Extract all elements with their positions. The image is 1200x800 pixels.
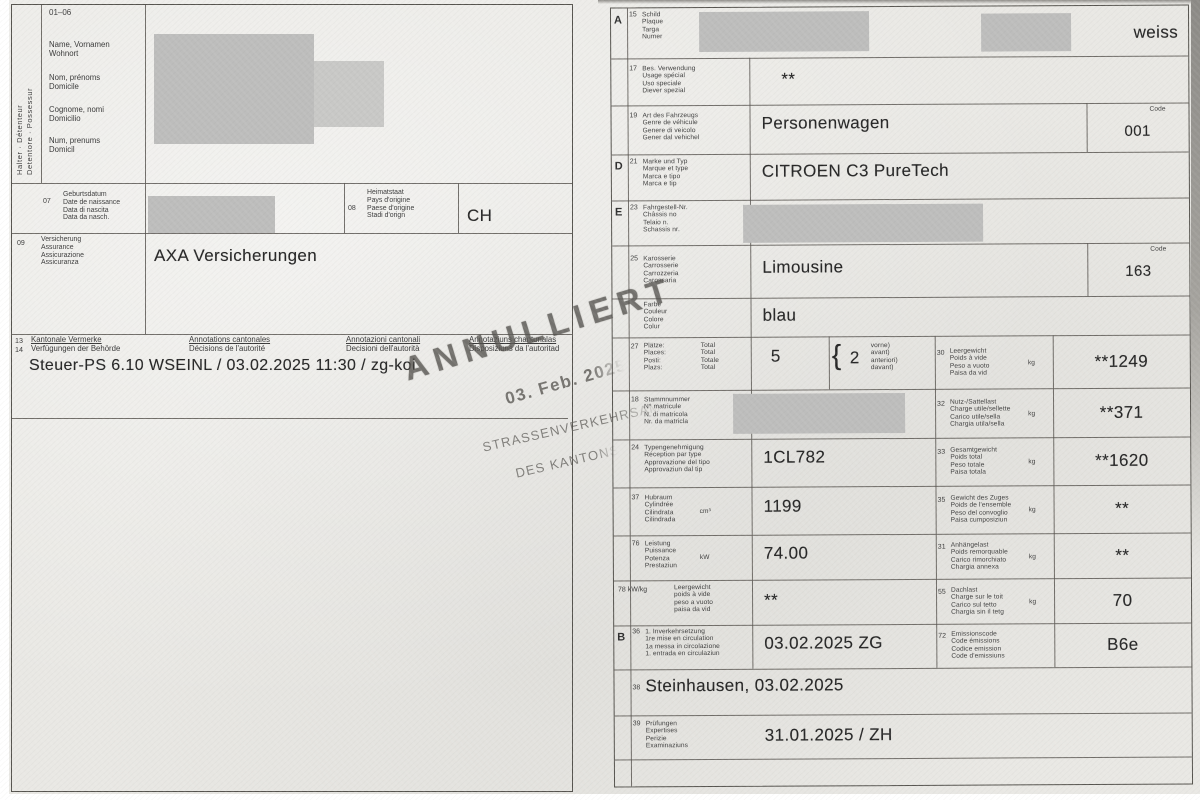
field-35-labels-line: Paisa cumposiziun [951, 516, 1012, 524]
row-line [613, 334, 1190, 338]
field-27-front-labels: vorne)avant)anteriori)davant) [871, 342, 898, 371]
field-25-code-label: Code [1150, 246, 1166, 253]
field-23-labels-line: Schassis nr. [643, 226, 688, 234]
field-08-labels-line: Paese d'origine [367, 205, 414, 213]
seats-brace-glyph: { [832, 339, 842, 371]
column-line [145, 5, 146, 334]
field-37-labels: HubraumCylindréeCilindrataCilindrada [645, 494, 676, 523]
field-15-labels-line: Plaque [642, 19, 663, 26]
field-21-letter: D [615, 160, 623, 172]
row-line [612, 151, 1189, 155]
redaction-box-plate [699, 11, 869, 52]
field-36-labels-line: 1. entrada en circulaziun [645, 650, 720, 658]
field-33-labels: GesamtgewichtPoids totalPeso totalePaisa… [950, 447, 997, 476]
row-line [614, 532, 1191, 536]
field-37-value: 1199 [764, 497, 802, 517]
row-line [614, 622, 1191, 626]
cantonal-annotations-header-0: Kantonale VermerkeVerfügungen der Behörd… [31, 336, 120, 354]
field-25-code-value: 163 [1087, 262, 1189, 280]
field-27-value-front: 2 [850, 348, 860, 368]
field-30-unit: kg [1028, 359, 1035, 366]
field-17-value: ** [781, 70, 795, 90]
field-31-labels: AnhängelastPoids remorquableCarico rimor… [951, 541, 1008, 570]
field-25-labels: KarosserieCarrosserieCarrozzeriaCarossar… [643, 255, 678, 284]
field-23-labels: Fahrgestell-Nr.Châssis noTelaio n.Schass… [643, 204, 688, 233]
holder-label-0: Name, VornamenWohnort [49, 41, 110, 59]
field-32-labels: Nutz-/SattellastCharge utile/selletteCar… [950, 398, 1011, 428]
cantonal-annotations-header-1: Annotations cantonalesDécisions de l'aut… [189, 336, 270, 354]
cantonal-annotations-header-3-line: Disposiziuns da l'autoritad [469, 345, 559, 354]
field-25-labels-line: Carossaria [643, 277, 678, 284]
row-line [612, 197, 1189, 201]
cantonal-annotations-header-1-line: Décisions de l'autorité [189, 345, 270, 354]
field-26-labels: FarbeCouleurColoreColur [644, 301, 668, 330]
field-55-number: 55 [938, 589, 946, 596]
field-35-number: 35 [938, 497, 946, 504]
field-27-number: 27 [631, 343, 639, 350]
row-line [12, 418, 568, 419]
field-19-labels: Art des FahrzeugsGenre de véhiculeGenere… [643, 112, 700, 141]
field-27-labels-total-line: Total [701, 342, 719, 349]
redaction-box-holder-2 [314, 61, 384, 127]
field-39-labels-line: Examinaziuns [646, 742, 688, 750]
field-21-value: CITROEN C3 PureTech [762, 161, 949, 182]
field-24-value: 1CL782 [763, 447, 825, 467]
row-line [613, 387, 1190, 391]
field-30-value: **1249 [1053, 351, 1190, 372]
field-26-labels-line: Colur [644, 323, 668, 330]
field-36-labels: 1. Inverkehrsetzung1re mise en circulati… [645, 628, 720, 658]
cantonal-annotations-header-0-line: Verfügungen der Behörde [31, 345, 120, 354]
row-line [611, 55, 1188, 59]
holder-label-0-line: Wohnort [49, 50, 110, 59]
cantonal-annotations-header-3: Annotaziuns chantunalasDisposiziuns da l… [469, 336, 559, 354]
field-27-front-labels-line: davant) [871, 364, 898, 371]
row-line [614, 666, 1191, 670]
holder-label-1: Nom, prénomsDomicile [49, 74, 100, 92]
field-18-labels-line: Nr. da matricla [644, 418, 690, 426]
redaction-box-chassis [743, 204, 983, 243]
field-33-unit: kg [1028, 458, 1035, 465]
field-24-labels-line: Approvaziun dal tip [644, 466, 710, 474]
field-25-number: 25 [630, 255, 638, 262]
field-27-labels-left-line: Places: [644, 350, 666, 357]
row-line [614, 577, 1191, 581]
column-line [344, 183, 345, 233]
field-72-labels-line: Code d'emissiuns [951, 652, 1004, 660]
row-line [612, 295, 1189, 299]
field-15-labels: SchildPlaqueTargaNumer [642, 11, 663, 40]
field-35-unit: kg [1029, 506, 1036, 513]
row-line [12, 183, 572, 184]
field-19-value: Personenwagen [762, 113, 890, 134]
field-33-value: **1620 [1053, 450, 1190, 471]
plate-color-note: weiss [1134, 23, 1179, 43]
field-23-letter: E [615, 206, 622, 218]
field-36-number: 36 [632, 628, 640, 635]
field-26-value: blau [763, 306, 797, 326]
field-27-labels-total-line: Total [701, 364, 719, 371]
field-09-labels-line: Assicurazione [41, 252, 84, 260]
field-09-labels-line: Versicherung [41, 236, 84, 244]
field-55-labels: DachlastCharge sur le toitCarico sul tet… [951, 586, 1004, 615]
field-32-number: 32 [937, 401, 945, 408]
field-38-number: 38 [633, 684, 641, 691]
field-36-value: 03.02.2025 ZG [764, 633, 883, 654]
field-37-number: 37 [632, 494, 640, 501]
field-17-labels-line: Diever spezial [642, 87, 695, 95]
redaction-box-birthdate [148, 196, 275, 233]
field-07-labels-line: Geburtsdatum [63, 191, 120, 199]
field-27-value-total: 5 [771, 347, 781, 367]
field-07-labels: GeburtsdatumDate de naissanceData di nas… [63, 191, 120, 222]
field-72-value: B6e [1054, 634, 1191, 655]
field-08-labels: HeimatstaatPays d'originePaese d'origine… [367, 189, 414, 220]
field-27-front-labels-line: vorne) [871, 342, 898, 349]
cantonal-annotations-header-2-line: Decisioni dell'autorità [346, 345, 420, 354]
field-37-unit: cm³ [700, 508, 711, 515]
field-27-labels-total-line: Totale [701, 357, 719, 364]
field-27-labels-total-line: Total [701, 349, 719, 356]
field-15-labels-line: Schild [642, 11, 663, 18]
field-18-labels: StammnummerN° matriculeN. di matricolaNr… [644, 396, 690, 425]
redaction-box-holder [154, 34, 314, 144]
field-21-labels: Marke und TypMarque et typeMarca e tipoM… [643, 158, 689, 187]
field-15-labels-line: Numer [642, 33, 663, 40]
field-24-number: 24 [631, 444, 639, 451]
field-27-labels-total: TotalTotalTotaleTotal [701, 342, 719, 371]
field-33-number: 33 [937, 449, 945, 456]
column-line [458, 183, 459, 233]
holder-label-2: Cognome, nomiDomicilio [49, 106, 104, 124]
field-35-value: ** [1054, 498, 1191, 519]
field-27-labels-left-line: Plätze: [644, 342, 666, 349]
field-24-labels: TypengenehmigungRéception par typeApprov… [644, 444, 710, 474]
field-31-number: 31 [938, 544, 946, 551]
field-13-number: 13 [15, 336, 23, 345]
field-08-labels-line: Heimatstaat [367, 189, 414, 197]
field-31-value: ** [1054, 545, 1191, 566]
field-09-number: 09 [17, 240, 25, 247]
field-15-number: 15 [629, 11, 637, 18]
field-09-value: AXA Versicherungen [154, 246, 317, 266]
field-25-value: Limousine [762, 257, 843, 277]
field-17-number: 17 [629, 65, 637, 72]
row-line [611, 102, 1188, 106]
field-08-value: CH [467, 206, 492, 226]
field-26-labels-line: Couleur [644, 309, 668, 316]
field-55-labels-line: Chargia sin il tetg [951, 608, 1004, 616]
field-14-number: 14 [15, 345, 23, 354]
field-39-number: 39 [633, 720, 641, 727]
redaction-box-stammnummer [733, 393, 905, 434]
holder-label-2-line: Domicilio [49, 115, 104, 124]
field-31-labels-line: Chargia annexa [951, 563, 1008, 571]
field-35-labels: Gewicht des ZugesPoids de l'ensemblePeso… [951, 494, 1012, 524]
field-38-value: Steinhausen, 03.02.2025 [645, 675, 843, 696]
column-line [829, 336, 830, 389]
field-32-unit: kg [1028, 410, 1035, 417]
field-78-number: 78 kW/kg [618, 586, 647, 593]
scan-edge-right [1191, 0, 1200, 560]
field-09-labels-line: Assicuranza [41, 259, 84, 267]
holder-field-range: 01–06 [49, 8, 71, 17]
field-31-unit: kg [1029, 553, 1036, 560]
page-right: A15SchildPlaqueTargaNumerweiss17Bes. Ver… [610, 4, 1193, 787]
holder-rotated-line: Detentore · Possessur [25, 29, 35, 175]
field-26-labels-line: Colore [644, 316, 668, 323]
field-30-number: 30 [937, 350, 945, 357]
field-76-value: 74.00 [764, 543, 809, 563]
row-line [615, 712, 1192, 716]
field-32-labels-line: Chargia utila/sella [950, 420, 1010, 428]
field-09-labels-line: Assurance [41, 244, 84, 252]
cantonal-annotations-header-2: Annotazioni cantonaliDecisioni dell'auto… [346, 336, 420, 354]
field-78-value: ** [764, 591, 778, 611]
field-07-labels-line: Data di nascita [63, 207, 120, 215]
field-72-number: 72 [938, 633, 946, 640]
field-19-labels-line: Gener dal vehichel [643, 134, 700, 142]
field-76-labels: LeistungPuissancePotenzaPrestaziun [645, 540, 677, 569]
field-30-labels-line: Paisa da vid [950, 369, 990, 377]
field-39-labels: PrüfungenExpertisesPerizieExaminaziuns [646, 720, 688, 749]
field-08-number: 08 [348, 205, 356, 212]
row-line [612, 242, 1189, 246]
field-55-value: 70 [1054, 590, 1191, 611]
field-19-number: 19 [630, 112, 638, 119]
field-37-labels-line: Cilindrada [645, 516, 676, 523]
holder-rotated-line: Halter · Détenteur [15, 29, 25, 175]
field-09-labels: VersicherungAssuranceAssicurazioneAssicu… [41, 236, 84, 267]
field-08-labels-line: Stadi d'orign [367, 212, 414, 220]
field-76-number: 76 [632, 540, 640, 547]
field-19-code-value: 001 [1087, 122, 1189, 140]
row-line [613, 436, 1190, 440]
column-line [41, 5, 42, 183]
field-27-labels-left-line: Posti: [644, 357, 666, 364]
field-76-unit: kW [700, 554, 710, 561]
redaction-box-plate-2 [981, 13, 1071, 51]
page-left: Halter · DétenteurDetentore · Possessur0… [11, 4, 573, 792]
field-07-labels-line: Date de naissance [63, 199, 120, 207]
holder-rotated-label: Halter · DétenteurDetentore · Possessur [15, 29, 39, 175]
field-32-value: **371 [1053, 402, 1190, 423]
field-27-front-labels-line: anteriori) [871, 357, 898, 364]
field-33-labels-line: Paisa totala [950, 468, 997, 476]
field-78-sub-labels: Leergewichtpoids à videpeso a vuotopaisa… [674, 584, 713, 613]
field-55-unit: kg [1029, 598, 1036, 605]
cantonal-annotations-value: Steuer-PS 6.10 WSEINL / 03.02.2025 11:30… [29, 357, 416, 375]
field-21-labels-line: Marca e tip [643, 180, 688, 188]
holder-label-3-line: Domicil [49, 146, 100, 155]
field-27-labels-left-line: Plazs: [644, 364, 666, 371]
field-07-labels-line: Data da nasch. [63, 214, 120, 222]
row-line [613, 484, 1190, 488]
field-15-letter: A [614, 14, 622, 26]
field-07-number: 07 [43, 198, 51, 205]
row-line [12, 233, 572, 234]
field-21-number: 21 [630, 158, 638, 165]
row-line [615, 756, 1192, 760]
field-19-code-label: Code [1149, 106, 1165, 113]
field-23-number: 23 [630, 204, 638, 211]
field-15-labels-line: Targa [642, 26, 663, 33]
field-36-letter: B [617, 631, 625, 643]
field-26-labels-line: Farbe [644, 301, 668, 308]
column-line [749, 58, 753, 669]
field-30-labels: LeergewichtPoids à videPeso a vuotoPaisa… [950, 348, 990, 377]
field-76-labels-line: Prestaziun [645, 562, 677, 569]
holder-label-1-line: Domicile [49, 83, 100, 92]
holder-label-3: Num, prenumsDomicil [49, 137, 100, 155]
field-08-labels-line: Pays d'origine [367, 197, 414, 205]
field-72-labels: EmissionscodeCode émissionsCodice emissi… [951, 630, 1005, 659]
field-18-number: 18 [631, 396, 639, 403]
field-27-front-labels-line: avant) [871, 349, 898, 356]
field-27-labels-left: Plätze:Places:Posti:Plazs: [644, 342, 666, 371]
field-17-labels: Bes. VerwendungUsage spécialUso speciale… [642, 65, 695, 94]
scanned-vehicle-registration: { "left_page": { "field_range": "01–06",… [0, 0, 1200, 800]
scan-edge-top [598, 0, 1200, 4]
field-39-value: 31.01.2025 / ZH [765, 725, 893, 746]
field-78-sub-labels-line: paisa da vid [674, 606, 713, 614]
